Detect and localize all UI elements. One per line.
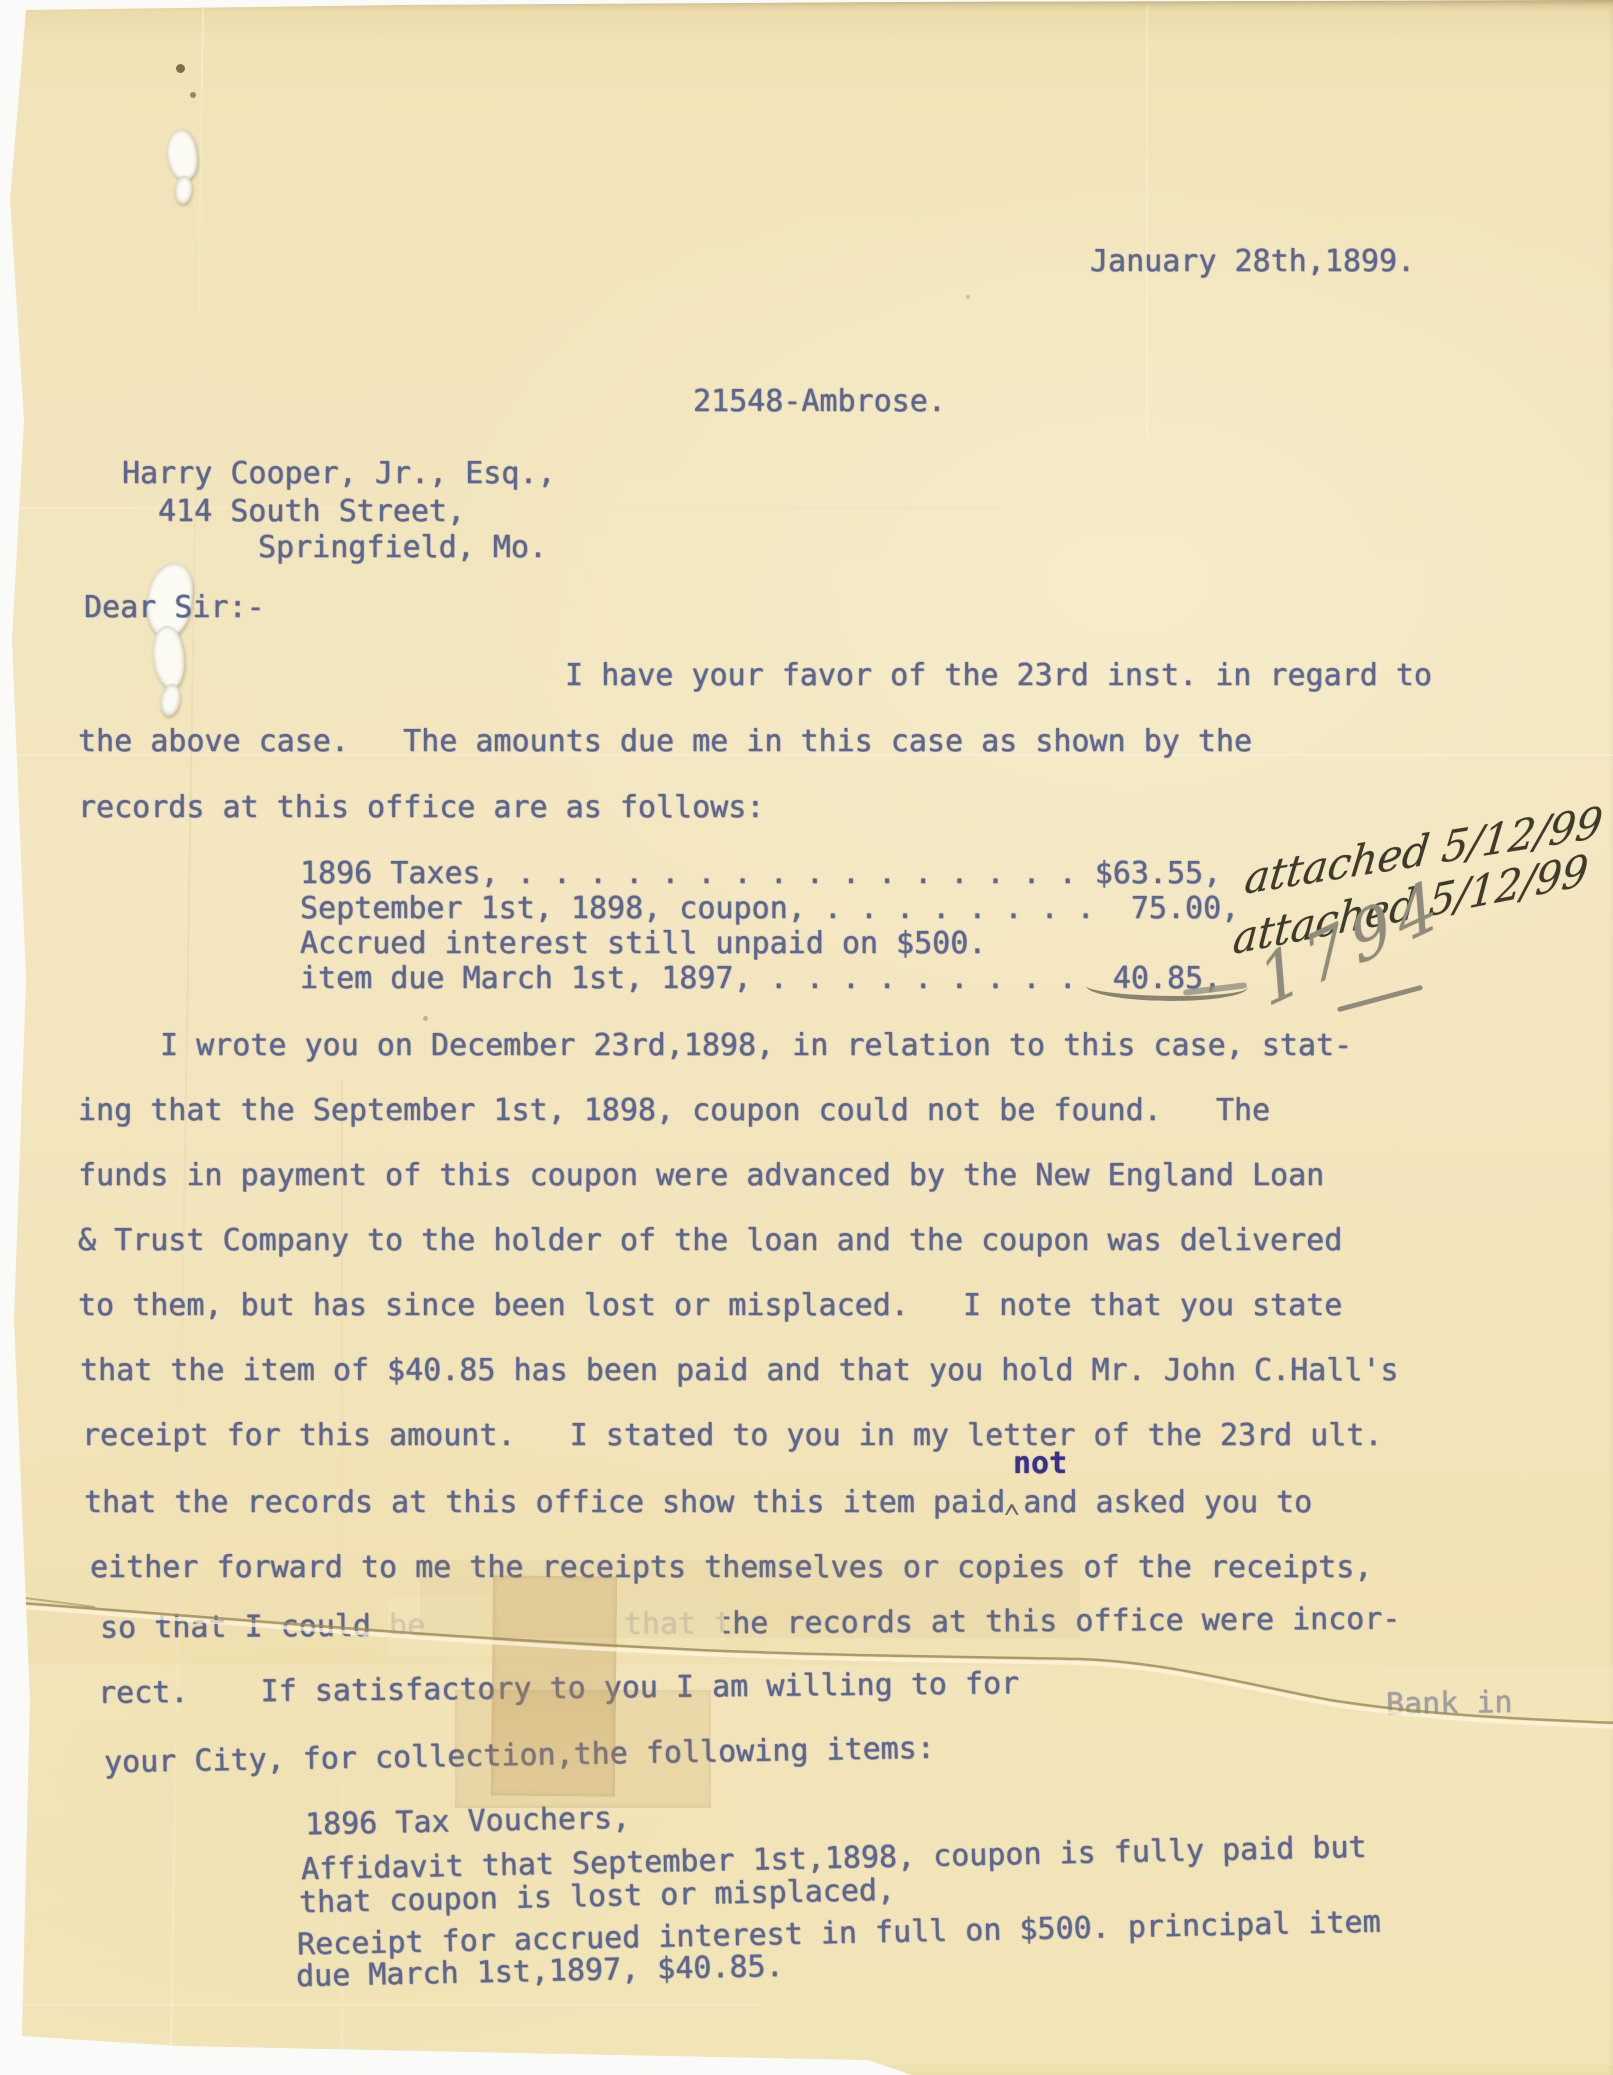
torn-hole-salutation-lower [151, 625, 186, 689]
amount-row-coupon: September 1st, 1898, coupon, . . . . . .… [300, 893, 1239, 925]
amount-row-taxes: 1896 Taxes, . . . . . . . . . . . . . . … [300, 858, 1221, 890]
recipient-name: Harry Cooper, Jr., Esq., [122, 458, 555, 490]
body-line: I wrote you on December 23rd,1898, in re… [160, 1030, 1352, 1062]
body-line: & Trust Company to the holder of the loa… [78, 1225, 1342, 1257]
case-number-line: 21548-Ambrose. [693, 386, 946, 418]
amount-row-accrued: Accrued interest still unpaid on $500. [300, 928, 986, 960]
enclosure-line: 1896 Tax Vouchers, [305, 1803, 631, 1842]
pencil-underline [1337, 985, 1423, 1013]
letter-paper: January 28th,1899. 21548-Ambrose. Harry … [0, 0, 1613, 2075]
dust-speck [966, 295, 970, 299]
amount-row-march-item: item due March 1st, 1897, . . . . . . . … [300, 963, 1221, 995]
recipient-city: Springfield, Mo. [258, 532, 547, 564]
torn-hole-salutation-tail [158, 683, 182, 718]
torn-hole-top-tail [174, 175, 194, 205]
body-line: receipt for this amount. I stated to you… [82, 1420, 1382, 1452]
paper-crease-horizontal-1 [0, 507, 1000, 509]
typed-insertion-not: not [1013, 1448, 1067, 1480]
dust-speck [423, 1016, 428, 1021]
tear-obscured-text-region [1048, 1662, 1378, 1718]
paper-crease-vertical-top [1146, 6, 1148, 436]
tape-patch-lower [455, 1690, 711, 1808]
body-line: I have your favor of the 23rd inst. in r… [565, 660, 1432, 692]
body-line: funds in payment of this coupon were adv… [78, 1160, 1324, 1192]
torn-hole-top [164, 128, 201, 182]
enclosure-line: due March 1st,1897, $40.85. [296, 1951, 784, 1993]
scanned-letter-page: January 28th,1899. 21548-Ambrose. Harry … [0, 0, 1613, 2075]
ink-speck [176, 64, 185, 73]
body-line: to them, but has since been lost or misp… [78, 1290, 1342, 1322]
body-line: that the records at this office show thi… [84, 1487, 1312, 1519]
salutation: Dear Sir:- [84, 592, 265, 624]
body-line: records at this office are as follows: [78, 792, 764, 824]
paper-crease-horizontal-3 [0, 2004, 760, 2006]
ink-speck [190, 92, 196, 98]
body-fragment-bank-in: Bank in [1386, 1687, 1513, 1721]
recipient-street: 414 South Street, [158, 496, 465, 528]
body-line: the above case. The amounts due me in th… [78, 726, 1252, 758]
body-line: ing that the September 1st, 1898, coupon… [78, 1095, 1270, 1127]
date-line: January 28th,1899. [1090, 246, 1415, 278]
body-line: that the item of $40.85 has been paid an… [80, 1355, 1399, 1387]
